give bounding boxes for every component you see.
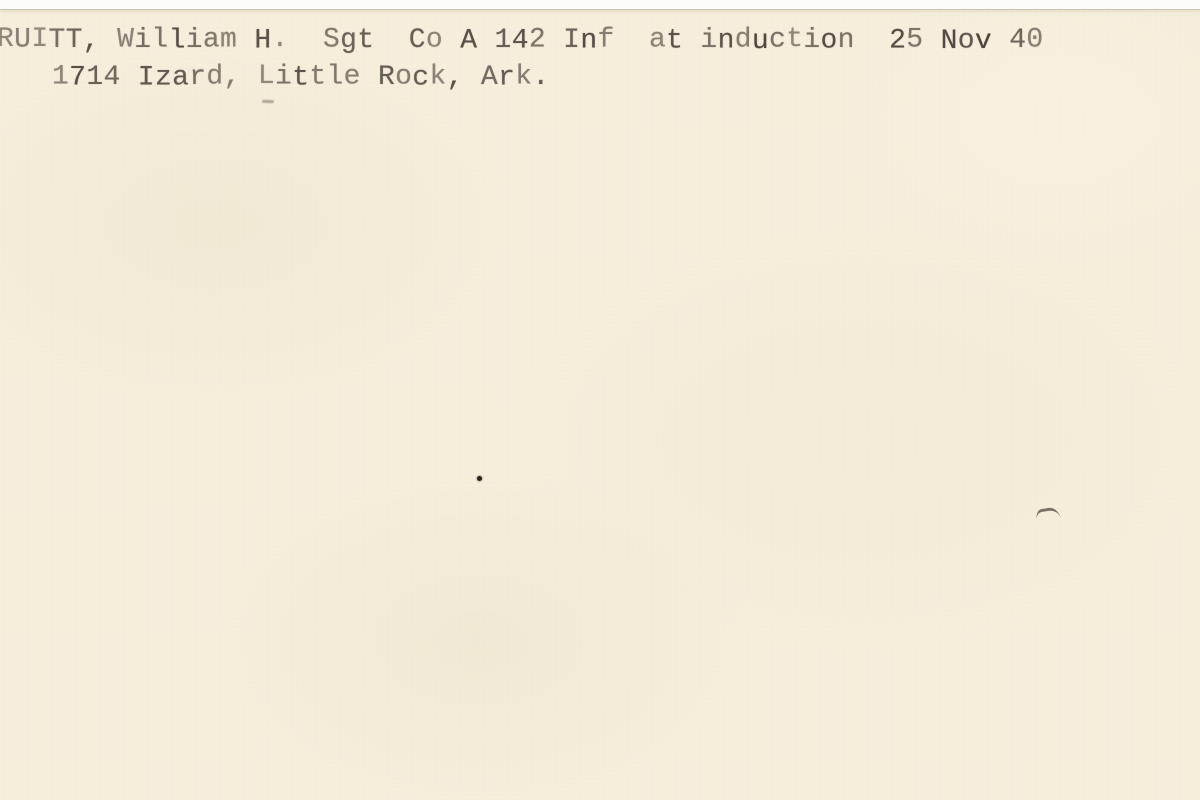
ink-smudge-mark: [262, 100, 274, 103]
ink-dot-speck: [477, 476, 482, 481]
scan-top-edge: [0, 0, 1200, 9]
card-line-name-rank-unit-date: RUITT, William H. Sgt Co A 142 Inf at in…: [0, 27, 1044, 55]
paper-texture: [0, 0, 1200, 800]
card-line-address: 1714 Izard, Little Rock, Ark.: [52, 64, 550, 92]
